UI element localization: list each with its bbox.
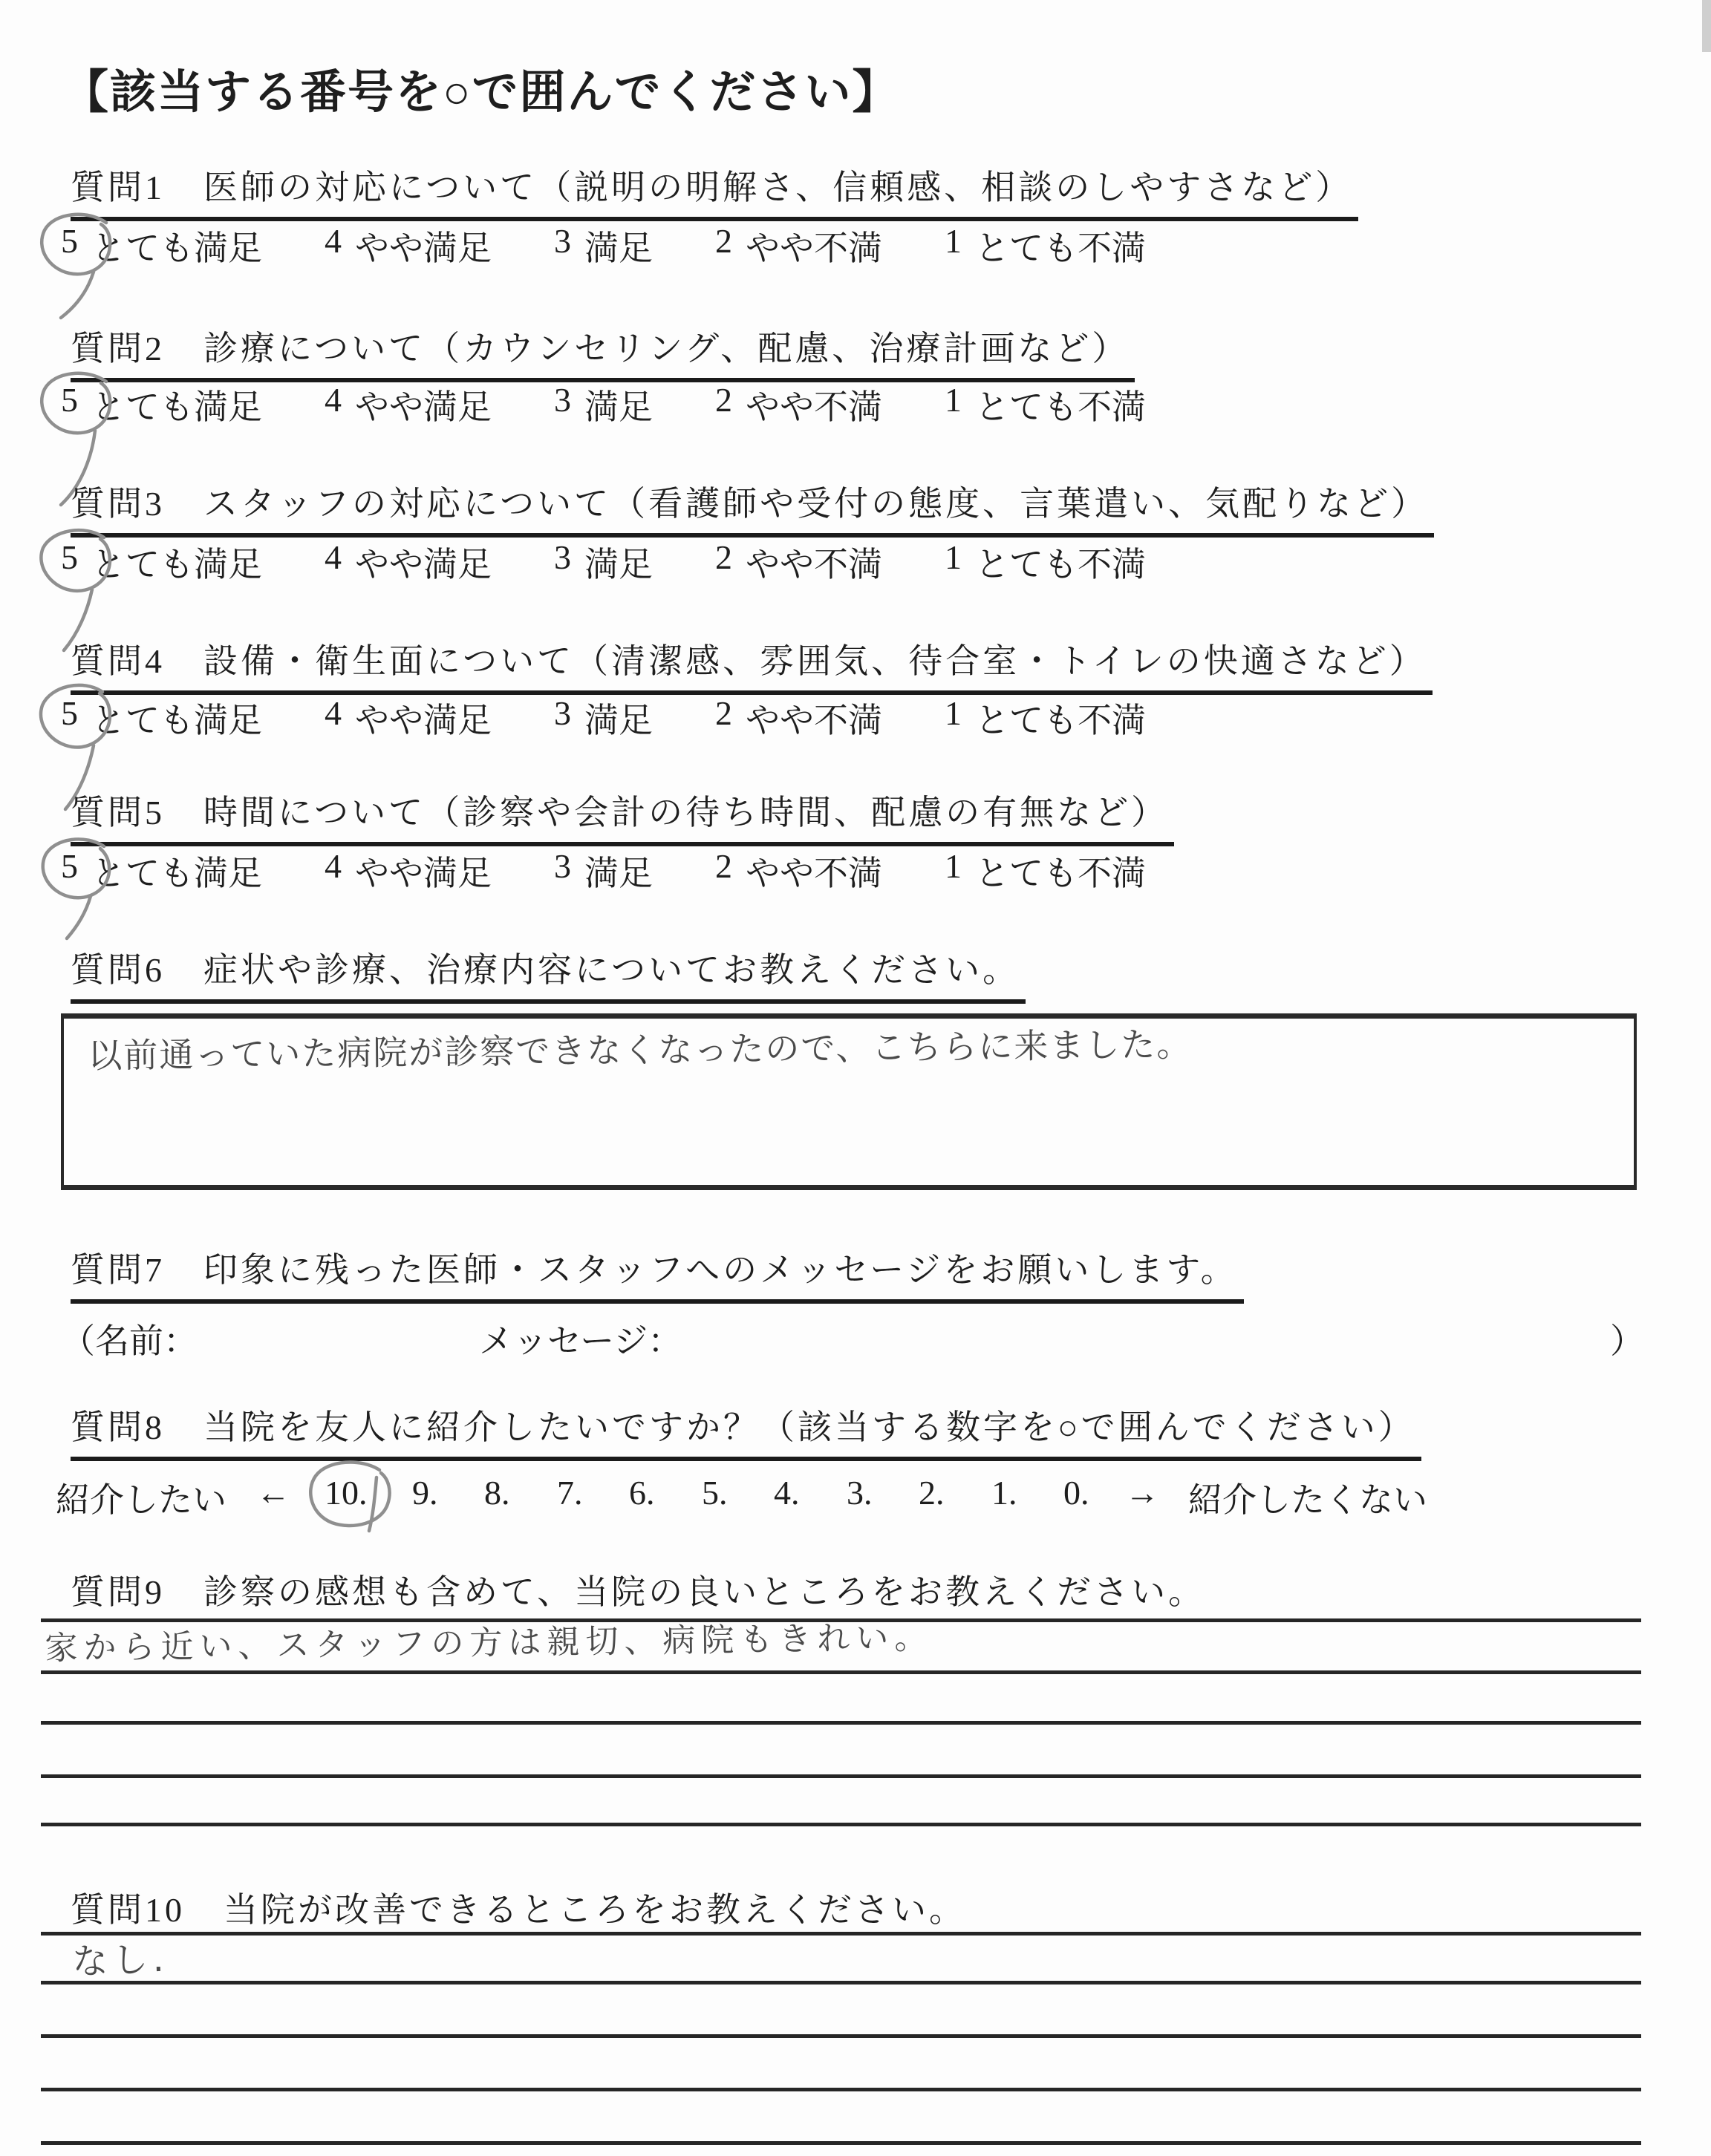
question-3-options: 5とても満足 4やや満足 3満足 2やや不満 1とても不満 [61, 538, 1146, 587]
q4-option-5-circled[interactable]: 5 [61, 693, 78, 742]
q4-option-3[interactable]: 3 [554, 693, 571, 742]
q2-option-2[interactable]: 2 [715, 380, 732, 429]
q9-answer-line[interactable] [41, 1823, 1641, 1826]
scale-8[interactable]: 8. [484, 1473, 510, 1512]
q5-option-3[interactable]: 3 [554, 846, 571, 895]
q3-option-3[interactable]: 3 [554, 538, 571, 587]
option-label: とても不満 [975, 221, 1146, 270]
closing-paren: ） [1610, 1314, 1644, 1363]
question-5-options: 5とても満足 4やや満足 3満足 2やや不満 1とても不満 [61, 846, 1146, 895]
question-3-heading: 質問3スタッフの対応について（看護師や受付の態度、言葉遣い、気配りなど） [71, 477, 1434, 538]
option-label: とても不満 [975, 380, 1146, 429]
scale-7[interactable]: 7. [557, 1473, 583, 1512]
option-label: やや不満 [746, 380, 882, 429]
question-5-text: 時間について（診察や会計の待ち時間、配慮の有無など） [203, 794, 1168, 832]
q4-option-4[interactable]: 4 [325, 693, 342, 742]
question-7-id: 質問7 [71, 1251, 165, 1289]
scale-5[interactable]: 5. [702, 1473, 728, 1512]
q9-answer-line[interactable] [41, 1721, 1641, 1725]
question-3-id: 質問3 [71, 485, 165, 523]
scale-label-not-want: 紹介したくない [1188, 1473, 1427, 1522]
question-2-id: 質問2 [71, 330, 165, 367]
question-10-id: 質問10 [71, 1891, 185, 1929]
q5-option-1[interactable]: 1 [945, 846, 962, 895]
scale-6[interactable]: 6. [629, 1473, 655, 1512]
question-5-id: 質問5 [71, 794, 165, 832]
q1-option-4[interactable]: 4 [325, 221, 342, 270]
question-2-text: 診療について（カウンセリング、配慮、治療計画など） [203, 330, 1129, 367]
survey-form-page: 【該当する番号を○で囲んでください】 質問1医師の対応について（説明の明解さ、信… [0, 0, 1711, 2156]
question-9-id: 質問9 [71, 1573, 165, 1611]
question-1-options: 5とても満足 4やや満足 3満足 2やや不満 1とても不満 [61, 221, 1146, 270]
scale-3[interactable]: 3. [847, 1473, 873, 1512]
option-label: とても満足 [91, 693, 262, 742]
question-3-text: スタッフの対応について（看護師や受付の態度、言葉遣い、気配りなど） [203, 485, 1428, 523]
option-label: 満足 [584, 538, 653, 587]
question-10-heading: 質問10当院が改善できるところをお教えください。 [71, 1883, 972, 1939]
question-10-handwritten-answer: なし. [71, 1930, 169, 1984]
question-9-heading: 質問9診察の感想も含めて、当院の良いところをお教えください。 [71, 1565, 1211, 1621]
option-label: とても不満 [975, 846, 1146, 895]
form-title: 【該当する番号を○で囲んでください】 [62, 55, 899, 121]
question-7-text: 印象に残った医師・スタッフへのメッセージをお願いします。 [203, 1251, 1238, 1289]
scale-9[interactable]: 9. [412, 1473, 438, 1512]
message-field-label[interactable]: メッセージ： [479, 1314, 682, 1363]
q5-option-2[interactable]: 2 [715, 846, 732, 895]
question-6-id: 質問6 [71, 951, 165, 989]
scale-4[interactable]: 4. [774, 1473, 800, 1512]
left-arrow-icon: ← [256, 1473, 290, 1512]
q10-answer-line[interactable] [41, 2141, 1641, 2145]
q2-option-5-circled[interactable]: 5 [61, 380, 78, 429]
question-4-id: 質問4 [71, 642, 165, 680]
question-8-id: 質問8 [71, 1408, 165, 1446]
scale-0[interactable]: 0. [1063, 1473, 1089, 1512]
option-label: とても不満 [975, 538, 1146, 587]
q1-option-5-circled[interactable]: 5 [61, 221, 78, 270]
q9-answer-line[interactable] [41, 1774, 1641, 1778]
option-label: やや満足 [355, 846, 492, 895]
q3-option-4[interactable]: 4 [325, 538, 342, 587]
question-1-heading: 質問1医師の対応について（説明の明解さ、信頼感、相談のしやすさなど） [71, 160, 1358, 221]
question-8-heading: 質問8当院を友人に紹介したいですか？（該当する数字を○で囲んでください） [71, 1400, 1421, 1461]
option-label: とても満足 [91, 221, 262, 270]
scale-label-want: 紹介したい [56, 1473, 226, 1522]
scan-artifact [1702, 0, 1711, 52]
option-label: とても満足 [91, 380, 262, 429]
q2-option-4[interactable]: 4 [325, 380, 342, 429]
option-label: 満足 [584, 693, 653, 742]
question-1-text: 医師の対応について（説明の明解さ、信頼感、相談のしやすさなど） [203, 169, 1352, 206]
option-label: やや満足 [355, 221, 492, 270]
question-7-name-message-row: （名前： メッセージ： ） [0, 1314, 1711, 1356]
q5-option-5-circled[interactable]: 5 [61, 846, 78, 895]
question-4-heading: 質問4設備・衛生面について（清潔感、雰囲気、待合室・トイレの快適さなど） [71, 634, 1433, 695]
question-6-handwritten-answer: 以前通っていた病院が診察できなくなったので、こちらに来ました。 [88, 1017, 1193, 1078]
option-label: やや満足 [355, 693, 492, 742]
option-label: とても満足 [91, 846, 262, 895]
q1-option-1[interactable]: 1 [945, 221, 962, 270]
question-6-heading: 質問6症状や診療、治療内容についてお教えください。 [71, 943, 1026, 1004]
option-label: 満足 [584, 846, 653, 895]
question-2-options: 5とても満足 4やや満足 3満足 2やや不満 1とても不満 [61, 380, 1146, 429]
name-field-label[interactable]: （名前： [61, 1314, 198, 1363]
question-10-text: 当院が改善できるところをお教えください。 [224, 1891, 966, 1929]
question-5-heading: 質問5時間について（診察や会計の待ち時間、配慮の有無など） [71, 785, 1174, 846]
q10-answer-line[interactable] [41, 1932, 1641, 1935]
option-label: とても満足 [91, 538, 262, 587]
q1-option-3[interactable]: 3 [554, 221, 571, 270]
option-label: やや不満 [746, 221, 882, 270]
right-arrow-icon: → [1125, 1473, 1159, 1512]
question-9-handwritten-answer: 家から近い、スタッフの方は親切、病院もきれい。 [45, 1610, 933, 1669]
q1-option-2[interactable]: 2 [715, 221, 732, 270]
question-8-text: 当院を友人に紹介したいですか？（該当する数字を○で囲んでください） [203, 1408, 1415, 1446]
question-6-answer-box[interactable]: 以前通っていた病院が診察できなくなったので、こちらに来ました。 [61, 1013, 1637, 1190]
q10-answer-line[interactable] [41, 2034, 1641, 2038]
question-2-heading: 質問2診療について（カウンセリング、配慮、治療計画など） [71, 321, 1135, 382]
q9-answer-line[interactable] [41, 1670, 1641, 1674]
q4-option-1[interactable]: 1 [945, 693, 962, 742]
q5-option-4[interactable]: 4 [325, 846, 342, 895]
option-label: やや不満 [746, 846, 882, 895]
question-4-options: 5とても満足 4やや満足 3満足 2やや不満 1とても不満 [61, 693, 1146, 742]
q10-answer-line[interactable] [41, 2088, 1641, 2091]
option-label: やや不満 [746, 538, 882, 587]
option-label: とても不満 [975, 693, 1146, 742]
question-9-text: 診察の感想も含めて、当院の良いところをお教えください。 [203, 1573, 1205, 1611]
scale-2[interactable]: 2. [919, 1473, 945, 1512]
question-6-text: 症状や診療、治療内容についてお教えください。 [203, 951, 1020, 989]
q2-option-3[interactable]: 3 [554, 380, 571, 429]
question-1-id: 質問1 [71, 169, 165, 206]
q10-answer-line[interactable] [41, 1981, 1641, 1984]
q3-option-2[interactable]: 2 [715, 538, 732, 587]
q4-option-2[interactable]: 2 [715, 693, 732, 742]
option-label: やや不満 [746, 693, 882, 742]
option-label: 満足 [584, 380, 653, 429]
q2-option-1[interactable]: 1 [945, 380, 962, 429]
question-7-heading: 質問7印象に残った医師・スタッフへのメッセージをお願いします。 [71, 1243, 1244, 1304]
option-label: やや満足 [355, 380, 492, 429]
scale-1[interactable]: 1. [991, 1473, 1017, 1512]
q3-option-1[interactable]: 1 [945, 538, 962, 587]
option-label: やや満足 [355, 538, 492, 587]
option-label: 満足 [584, 221, 653, 270]
question-8-scale-row: 紹介したい ← 10. 9. 8. 7. 6. 5. 4. 3. 2. 1. 0… [0, 1473, 1711, 1518]
q3-option-5-circled[interactable]: 5 [61, 538, 78, 587]
question-4-text: 設備・衛生面について（清潔感、雰囲気、待合室・トイレの快適さなど） [203, 642, 1427, 680]
